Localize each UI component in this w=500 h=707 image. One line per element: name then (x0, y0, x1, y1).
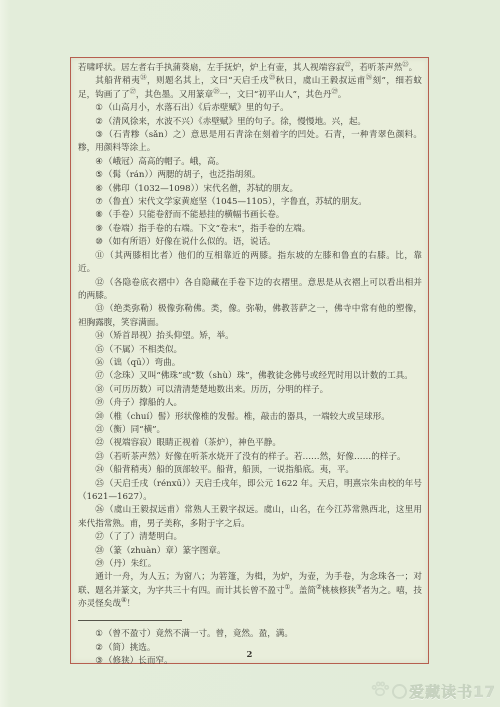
annotation-number: ⑱ (95, 385, 104, 395)
annotation-text: （天启壬戌（rénxū））天启壬戌年，即公元 1622 年。天启，明熹宗朱由校的… (78, 479, 422, 502)
annotation-number: ㉑ (95, 425, 104, 435)
footnote-list: ①（曾不盈寸）竟然不满一寸。曾，竟然。盈，满。 ②（简）挑选。 ③（修狭）长而窄… (78, 628, 422, 668)
annotation-number: ⑪ (95, 251, 104, 261)
annotation-text: （其两膝相比者）他们的互相靠近的两膝。指东坡的左膝和鲁直的右膝。比，靠近。 (78, 251, 422, 274)
annotation-text: （佛印（1032—1098））宋代名僧，苏轼的朋友。 (104, 184, 298, 194)
annotation-number: ⑭ (95, 331, 104, 341)
page-number: 2 (71, 650, 428, 660)
annotation-item: ㉓（若听茶声然）好像在听茶水烧开了没有的样子。若……然，好像……的样子。 (78, 451, 422, 464)
annotation-item: ⑲（舟子）撑船的人。 (78, 397, 422, 410)
annotation-number: ③ (95, 130, 103, 140)
body-paragraph-continuation: 若啸呼状。居左者右手执蒲葵扇，左手抚炉，炉上有壶，其人视端容寂㉒，若听茶声然㉓。 (78, 62, 422, 75)
annotation-item: ㉒（视端容寂）眼睛正视着（茶炉），神色平静。 (78, 437, 422, 450)
annotation-text: （船背稍夷）船的顶部较平。船背，船顶，一说指船底。夷，平。 (105, 465, 354, 475)
annotation-number: ㉙ (95, 559, 104, 569)
page-content: 若啸呼状。居左者右手执蒲葵扇，左手抚炉，炉上有壶，其人视端容寂㉒，若听茶声然㉓。… (78, 62, 422, 668)
annotation-text: （诎（qū））弯曲。 (105, 358, 181, 368)
annotation-item: ⑥（佛印（1032—1098））宋代名僧，苏轼的朋友。 (78, 183, 422, 196)
annotation-text: （卷端）指手卷的右端。下文“卷末”，指手卷的左端。 (104, 224, 310, 234)
annotation-text: （念珠）又叫“佛珠”或“数（shù）珠”，佛教徒念佛号或经咒时用以计数的工具。 (105, 371, 413, 381)
annotation-text: （若听茶声然）好像在听茶水烧开了没有的样子。若……然，好像……的样子。 (105, 452, 406, 462)
annotation-text: （峨冠）高高的帽子。峨，高。 (104, 157, 224, 167)
annotation-number: ⑦ (95, 197, 103, 207)
annotation-text: （舟子）撑船的人。 (105, 398, 182, 408)
annotation-number: ㉔ (95, 465, 104, 475)
body-paragraph-inscription: 其船背稍夷㉔，则题名其上，文曰“天启壬戌㉕秋日，虞山王毅叔远甫㉖刻”，细若蚊足，… (78, 75, 422, 102)
tally-paragraph: 通计一舟，为人五；为窗八；为箬篷，为楫，为炉，为壶，为手卷，为念珠各一；对联、题… (78, 571, 422, 611)
annotation-text: （丹）朱红。 (105, 559, 157, 569)
annotation-text: （可历历数）可以清清楚楚地数出来。历历，分明的样子。 (105, 385, 328, 395)
annotation-item: ㉖（虞山王毅叔远甫）常熟人王毅字叔远。虞山，山名，在今江苏常熟西北，这里用来代指… (78, 504, 422, 531)
annotation-item: ⑩（如有所语）好像在说什么似的。语，说话。 (78, 236, 422, 249)
annotation-number: ⑩ (95, 237, 103, 247)
annotation-text: （篆（zhuàn）章）篆字图章。 (105, 546, 226, 556)
annotation-text: （衡）同“横”。 (105, 425, 165, 435)
annotation-text: （石青糁（sǎn）之）意思是用石青涂在刻着字的凹处。石青，一种青翠色颜料。糁，用… (78, 130, 422, 153)
annotation-number: ⑮ (95, 345, 104, 355)
annotation-item: ㉗（了了）清楚明白。 (78, 531, 422, 544)
paw-icon (370, 679, 390, 703)
annotation-item: ⑧（手卷）只能卷舒而不能悬挂的横幅书画长卷。 (78, 209, 422, 222)
annotation-text: （不属）不相类似。 (105, 345, 182, 355)
watermark: 爱藏读书17 (370, 679, 496, 703)
annotation-number: ㉕ (95, 479, 104, 489)
annotation-number: ⑰ (95, 371, 104, 381)
annotation-item: ⑨（卷端）指手卷的右端。下文“卷末”，指手卷的左端。 (78, 223, 422, 236)
annotation-number: ㉖ (95, 505, 104, 515)
annotation-number: ④ (95, 157, 103, 167)
annotation-item: ③（石青糁（sǎn）之）意思是用石青涂在刻着字的凹处。石青，一种青翠色颜料。糁，… (78, 129, 422, 156)
annotation-number: ⑫ (95, 278, 104, 288)
annotation-item: ㉘（篆（zhuàn）章）篆字图章。 (78, 545, 422, 558)
annotation-item: ④（峨冠）高高的帽子。峨，高。 (78, 156, 422, 169)
annotation-item: ⑬（绝类弥勒）极像弥勒佛。类，像。弥勒，佛教菩萨之一，佛寺中常有他的塑像，袒胸露… (78, 303, 422, 330)
footnote-number: ① (95, 629, 103, 639)
annotation-text: （如有所语）好像在说什么似的。语，说话。 (104, 237, 276, 247)
annotation-number: ⑤ (95, 170, 103, 180)
annotation-item: ⑱（可历历数）可以清清楚楚地数出来。历历，分明的样子。 (78, 384, 422, 397)
annotation-item: ⑦（鲁直）宋代文学家黄庭坚（1045—1105），字鲁直，苏轼的朋友。 (78, 196, 422, 209)
annotation-text: （了了）清楚明白。 (105, 532, 182, 542)
annotation-text: （山高月小，水落石出）《后赤壁赋》里的句子。 (104, 103, 289, 113)
annotation-item: ⑪（其两膝相比者）他们的互相靠近的两膝。指东坡的左膝和鲁直的右膝。比，靠近。 (78, 250, 422, 277)
annotation-number: ② (95, 117, 103, 127)
annotation-item: ②（清风徐来，水波不兴）《赤壁赋》里的句子。徐，慢慢地。兴，起。 (78, 116, 422, 129)
annotation-text: （手卷）只能卷舒而不能悬挂的横幅书画长卷。 (104, 210, 284, 220)
annotation-item: ⑰（念珠）又叫“佛珠”或“数（shù）珠”，佛教徒念佛号或经咒时用以计数的工具。 (78, 370, 422, 383)
annotation-text: （髯（rán））两腮的胡子，也泛指胡须。 (104, 170, 261, 180)
annotation-item: ⑮（不属）不相类似。 (78, 344, 422, 357)
footnote-text: （曾不盈寸）竟然不满一寸。曾，竟然。盈，满。 (104, 629, 293, 639)
annotation-number: ⑬ (95, 304, 104, 314)
annotation-item: ㉔（船背稍夷）船的顶部较平。船背，船顶，一说指船底。夷，平。 (78, 464, 422, 477)
annotation-number: ⑲ (95, 398, 104, 408)
watermark-logo-circle (392, 684, 407, 699)
textbook-page: 若啸呼状。居左者右手执蒲葵扇，左手抚炉，炉上有壶，其人视端容寂㉒，若听茶声然㉓。… (70, 57, 429, 664)
annotation-number: ① (95, 103, 103, 113)
annotation-item: ⑫（各隐卷底衣褶中）各自隐藏在手卷下边的衣褶里。意思是从衣褶上可以看出相并的两膝… (78, 277, 422, 304)
annotation-text: （各隐卷底衣褶中）各自隐藏在手卷下边的衣褶里。意思是从衣褶上可以看出相并的两膝。 (78, 278, 422, 301)
watermark-text: 爱藏读书17 (409, 681, 496, 702)
annotation-number: ⑳ (95, 412, 104, 422)
annotation-item: ⑤（髯（rán））两腮的胡子，也泛指胡须。 (78, 169, 422, 182)
annotation-number: ⑥ (95, 184, 103, 194)
annotation-number: ㉒ (95, 438, 104, 448)
annotation-number: ㉓ (95, 452, 104, 462)
annotation-item: ①（山高月小，水落石出）《后赤壁赋》里的句子。 (78, 102, 422, 115)
annotation-text: （椎（chuí）髻）形状像椎的发髻。椎，敲击的器具，一端较大或呈球形。 (105, 412, 390, 422)
annotation-text: （矫首昂视）抬头仰望。矫，举。 (105, 331, 234, 341)
annotation-item: ㉕（天启壬戌（rénxū））天启壬戌年，即公元 1622 年。天启，明熹宗朱由校… (78, 478, 422, 505)
annotation-number: ⑯ (95, 358, 104, 368)
footnote-item: ①（曾不盈寸）竟然不满一寸。曾，竟然。盈，满。 (78, 628, 422, 641)
annotation-item: ⑳（椎（chuí）髻）形状像椎的发髻。椎，敲击的器具，一端较大或呈球形。 (78, 411, 422, 424)
annotation-text: （清风徐来，水波不兴）《赤壁赋》里的句子。徐，慢慢地。兴，起。 (104, 117, 366, 127)
annotation-number: ⑨ (95, 224, 103, 234)
annotation-text: （虞山王毅叔远甫）常熟人王毅字叔远。虞山，山名，在今江苏常熟西北，这里用来代指常… (78, 505, 422, 528)
annotation-text: （视端容寂）眼睛正视着（茶炉），神色平静。 (105, 438, 281, 448)
annotation-item: ⑭（矫首昂视）抬头仰望。矫，举。 (78, 330, 422, 343)
footnote-divider (78, 620, 182, 622)
annotation-number: ⑧ (95, 210, 103, 220)
annotation-list: ①（山高月小，水落石出）《后赤壁赋》里的句子。 ②（清风徐来，水波不兴）《赤壁赋… (78, 102, 422, 571)
annotation-item: ⑯（诎（qū））弯曲。 (78, 357, 422, 370)
annotation-number: ㉘ (95, 546, 104, 556)
annotation-item: ㉑（衡）同“横”。 (78, 424, 422, 437)
annotation-item: ㉙（丹）朱红。 (78, 558, 422, 571)
annotation-text: （鲁直）宋代文学家黄庭坚（1045—1105），字鲁直，苏轼的朋友。 (104, 197, 367, 207)
annotation-number: ㉗ (95, 532, 104, 542)
annotation-text: （绝类弥勒）极像弥勒佛。类，像。弥勒，佛教菩萨之一，佛寺中常有他的塑像，袒胸露腹… (78, 304, 422, 327)
